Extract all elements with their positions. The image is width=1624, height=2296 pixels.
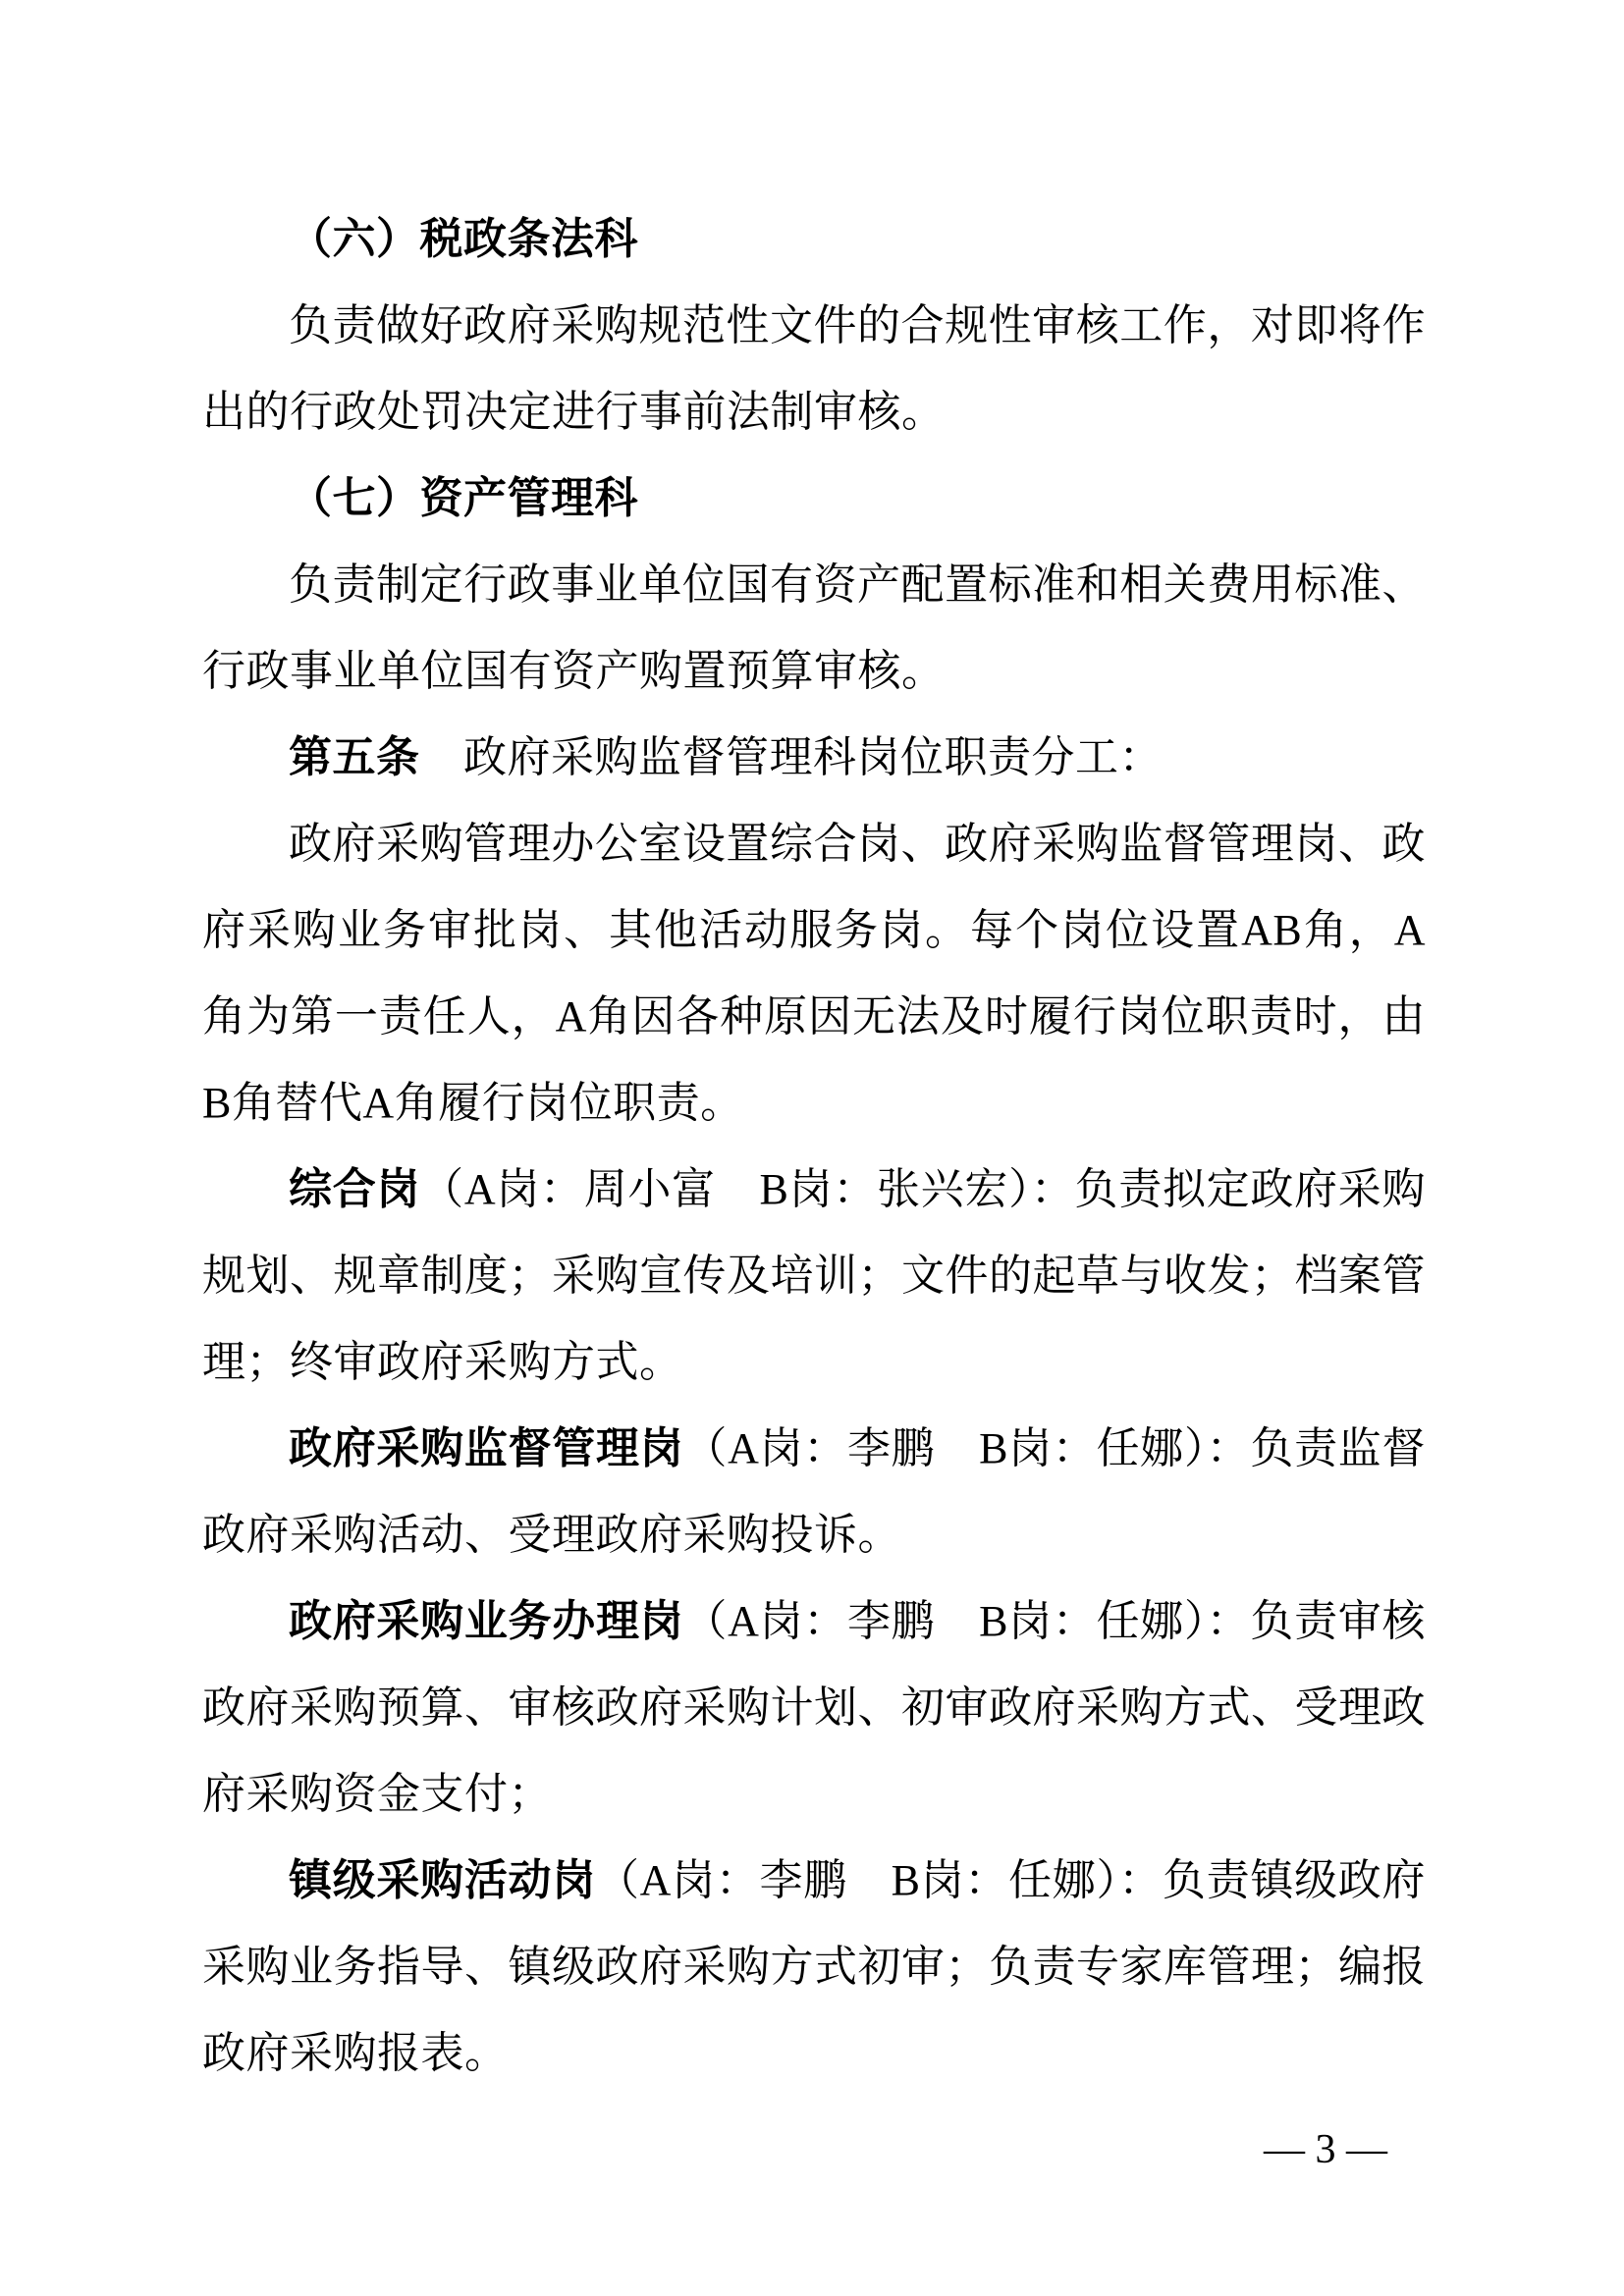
paragraph-text: 负责做好政府采购规范性文件的合规性审核工作，对即将作出的行政处罚决定进行事前法制… xyxy=(202,301,1426,436)
paragraph-text: 政府采购监督管理科岗位职责分工： xyxy=(420,733,1164,781)
article-5-label: 第五条 xyxy=(289,733,420,781)
article-5-title-paragraph: 第五条 政府采购监督管理科岗位职责分工： xyxy=(202,715,1426,801)
heading-section-6-text: （六）税政条法科 xyxy=(289,215,638,263)
document-body: （六）税政条法科 负责做好政府采购规范性文件的合规性审核工作，对即将作出的行政处… xyxy=(202,196,1426,2097)
paragraph-text: 政府采购管理办公室设置综合岗、政府采购监督管理岗、政府采购业务审批岗、其他活动服… xyxy=(202,820,1426,1127)
paragraph-text: 负责制定行政事业单位国有资产配置标准和相关费用标准、行政事业单位国有资产购置预算… xyxy=(202,561,1426,695)
section-6-duties-paragraph: 负责做好政府采购规范性文件的合规性审核工作，对即将作出的行政处罚决定进行事前法制… xyxy=(202,283,1426,455)
post-supervision-paragraph: 政府采购监督管理岗（A岗：李鹏 B岗：任娜）：负责监督政府采购活动、受理政府采购… xyxy=(202,1406,1426,1578)
post-business-handling-paragraph: 政府采购业务办理岗（A岗：李鹏 B岗：任娜）：负责审核政府采购预算、审核政府采购… xyxy=(202,1578,1426,1838)
post-township-activity-label: 镇级采购活动岗 xyxy=(289,1856,596,1904)
heading-section-6: （六）税政条法科 xyxy=(202,196,1426,283)
section-7-duties-paragraph: 负责制定行政事业单位国有资产配置标准和相关费用标准、行政事业单位国有资产购置预算… xyxy=(202,542,1426,715)
post-comprehensive-label: 综合岗 xyxy=(289,1165,420,1213)
post-supervision-label: 政府采购监督管理岗 xyxy=(289,1424,683,1472)
document-page: （六）税政条法科 负责做好政府采购规范性文件的合规性审核工作，对即将作出的行政处… xyxy=(0,0,1624,2296)
post-comprehensive-paragraph: 综合岗（A岗：周小富 B岗：张兴宏）：负责拟定政府采购规划、规章制度；采购宣传及… xyxy=(202,1147,1426,1406)
page-number: — 3 — xyxy=(1264,2126,1387,2173)
post-township-activity-paragraph: 镇级采购活动岗（A岗：李鹏 B岗：任娜）：负责镇级政府采购业务指导、镇级政府采购… xyxy=(202,1838,1426,2097)
article-5-intro-paragraph: 政府采购管理办公室设置综合岗、政府采购监督管理岗、政府采购业务审批岗、其他活动服… xyxy=(202,801,1426,1147)
heading-section-7: （七）资产管理科 xyxy=(202,455,1426,542)
heading-section-7-text: （七）资产管理科 xyxy=(289,474,638,522)
post-business-handling-label: 政府采购业务办理岗 xyxy=(289,1597,683,1645)
